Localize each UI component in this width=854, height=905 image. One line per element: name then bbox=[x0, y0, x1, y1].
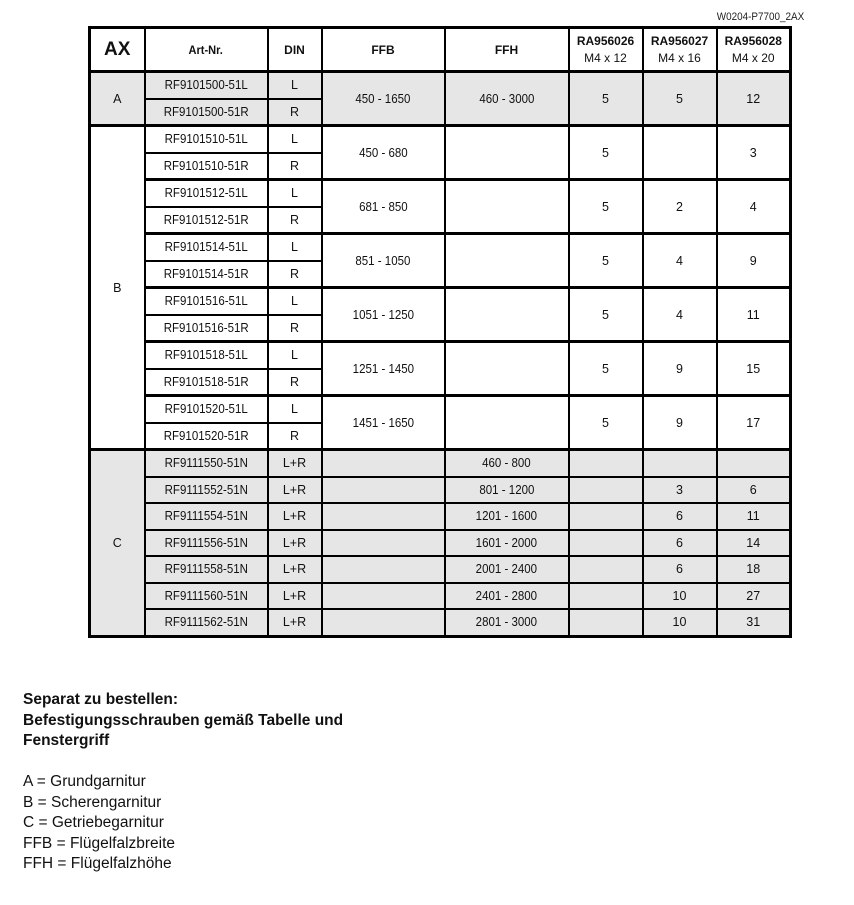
ra956028-qty: 18 bbox=[717, 556, 791, 583]
ra956027-qty: 10 bbox=[643, 583, 717, 610]
table-row: RF9111560-51NL+R2401 - 28001027 bbox=[90, 583, 791, 610]
ffb-cell: 450 - 680 bbox=[322, 126, 445, 180]
table-row: RF9111556-51NL+R1601 - 2000614 bbox=[90, 530, 791, 557]
din-cell: L+R bbox=[268, 450, 322, 477]
ra956026-qty: 5 bbox=[569, 180, 643, 234]
table-row: RF9111562-51NL+R2801 - 30001031 bbox=[90, 609, 791, 636]
ffb-cell bbox=[322, 450, 445, 477]
ra956026-qty: 5 bbox=[569, 126, 643, 180]
art-nr-cell: RF9101518-51R bbox=[145, 369, 268, 396]
din-cell: L bbox=[268, 180, 322, 207]
group-a: A RF9101500-51L L 450 - 1650 460 - 3000 … bbox=[90, 72, 791, 126]
table-row: RF9111552-51NL+R801 - 120036 bbox=[90, 477, 791, 504]
ra956027-qty: 2 bbox=[643, 180, 717, 234]
ra956026-qty bbox=[569, 530, 643, 557]
art-nr-cell: RF9101514-51L bbox=[145, 234, 268, 261]
art-nr-cell: RF9101500-51R bbox=[145, 99, 268, 126]
table-row: RF9111554-51NL+R1201 - 1600611 bbox=[90, 503, 791, 530]
ra956026-qty bbox=[569, 477, 643, 504]
header-ra956028: RA956028M4 x 20 bbox=[717, 28, 791, 72]
art-nr-cell: RF9101514-51R bbox=[145, 261, 268, 288]
ra956027-qty bbox=[643, 126, 717, 180]
ra956026-qty bbox=[569, 503, 643, 530]
ffb-cell bbox=[322, 503, 445, 530]
ra956028-qty: 9 bbox=[717, 234, 791, 288]
ra956026-qty: 5 bbox=[569, 288, 643, 342]
ffb-cell: 1051 - 1250 bbox=[322, 288, 445, 342]
art-nr-cell: RF9101516-51R bbox=[145, 315, 268, 342]
ffb-cell: 1451 - 1650 bbox=[322, 396, 445, 450]
ra956027-qty bbox=[643, 450, 717, 477]
din-cell: L+R bbox=[268, 503, 322, 530]
table-row: A RF9101500-51L L 450 - 1650 460 - 3000 … bbox=[90, 72, 791, 99]
din-cell: L bbox=[268, 288, 322, 315]
group-c: CRF9111550-51NL+R460 - 800RF9111552-51NL… bbox=[90, 450, 791, 637]
ffh-cell: 801 - 1200 bbox=[445, 477, 569, 504]
ffb-cell bbox=[322, 477, 445, 504]
header-art-nr: Art-Nr. bbox=[145, 28, 268, 72]
ffb-cell: 450 - 1650 bbox=[322, 72, 445, 126]
ffh-cell bbox=[445, 126, 569, 180]
ffh-cell: 2001 - 2400 bbox=[445, 556, 569, 583]
ra956028-qty: 11 bbox=[717, 288, 791, 342]
ffh-cell bbox=[445, 342, 569, 396]
ra956027-qty: 9 bbox=[643, 342, 717, 396]
art-nr-cell: RF9101500-51L bbox=[145, 72, 268, 99]
ra956027-qty: 9 bbox=[643, 396, 717, 450]
ra956027-qty: 6 bbox=[643, 530, 717, 557]
legend-item: B = Scherengarnitur bbox=[23, 793, 343, 814]
din-cell: R bbox=[268, 99, 322, 126]
ra956027-qty: 6 bbox=[643, 556, 717, 583]
din-cell: L bbox=[268, 234, 322, 261]
ra956028-qty: 11 bbox=[717, 503, 791, 530]
din-cell: L bbox=[268, 72, 322, 99]
din-cell: R bbox=[268, 261, 322, 288]
ffb-cell bbox=[322, 583, 445, 610]
din-cell: R bbox=[268, 207, 322, 234]
din-cell: R bbox=[268, 423, 322, 450]
din-cell: L bbox=[268, 342, 322, 369]
legend-item: A = Grundgarnitur bbox=[23, 772, 343, 793]
table-row: RF9101514-51LL851 - 1050549 bbox=[90, 234, 791, 261]
art-nr-cell: RF9101510-51R bbox=[145, 153, 268, 180]
ra956028-qty: 31 bbox=[717, 609, 791, 636]
ra956026-qty bbox=[569, 450, 643, 477]
ra956028-qty: 17 bbox=[717, 396, 791, 450]
ffh-cell: 2401 - 2800 bbox=[445, 583, 569, 610]
ffh-cell: 460 - 800 bbox=[445, 450, 569, 477]
table-row: BRF9101510-51LL450 - 68053 bbox=[90, 126, 791, 153]
art-nr-cell: RF9101512-51R bbox=[145, 207, 268, 234]
ffh-cell: 1201 - 1600 bbox=[445, 503, 569, 530]
din-cell: L bbox=[268, 396, 322, 423]
ra956026-qty: 5 bbox=[569, 396, 643, 450]
table-row: RF9101520-51LL1451 - 16505917 bbox=[90, 396, 791, 423]
ffh-cell bbox=[445, 180, 569, 234]
order-note: Separat zu bestellen: Befestigungsschrau… bbox=[23, 690, 343, 752]
ra956028-qty: 6 bbox=[717, 477, 791, 504]
art-nr-cell: RF9111562-51N bbox=[145, 609, 268, 636]
group-label: B bbox=[90, 126, 145, 450]
table-row: RF9101512-51LL681 - 850524 bbox=[90, 180, 791, 207]
din-cell: R bbox=[268, 315, 322, 342]
table-row: RF9101518-51LL1251 - 14505915 bbox=[90, 342, 791, 369]
ra956027-qty: 3 bbox=[643, 477, 717, 504]
table-row: RF9101516-51LL1051 - 12505411 bbox=[90, 288, 791, 315]
din-cell: L+R bbox=[268, 530, 322, 557]
legend-item: C = Getriebegarnitur bbox=[23, 813, 343, 834]
header-row: AX Art-Nr. DIN FFB FFH RA956026M4 x 12 R… bbox=[90, 28, 791, 72]
ra956028-qty: 3 bbox=[717, 126, 791, 180]
din-cell: R bbox=[268, 369, 322, 396]
ffb-cell: 851 - 1050 bbox=[322, 234, 445, 288]
ffh-cell bbox=[445, 234, 569, 288]
ra956026-qty: 5 bbox=[569, 342, 643, 396]
art-nr-cell: RF9101516-51L bbox=[145, 288, 268, 315]
art-nr-cell: RF9111552-51N bbox=[145, 477, 268, 504]
art-nr-cell: RF9111550-51N bbox=[145, 450, 268, 477]
table-row: RF9111558-51NL+R2001 - 2400618 bbox=[90, 556, 791, 583]
header-ax: AX bbox=[90, 28, 145, 72]
din-cell: R bbox=[268, 153, 322, 180]
din-cell: L+R bbox=[268, 556, 322, 583]
din-cell: L+R bbox=[268, 609, 322, 636]
ra956026-qty: 5 bbox=[569, 72, 643, 126]
ffb-cell bbox=[322, 530, 445, 557]
ra956026-qty bbox=[569, 609, 643, 636]
ra956026-qty bbox=[569, 583, 643, 610]
ffh-cell: 460 - 3000 bbox=[445, 72, 569, 126]
ffh-cell: 2801 - 3000 bbox=[445, 609, 569, 636]
ra956028-qty: 27 bbox=[717, 583, 791, 610]
art-nr-cell: RF9111558-51N bbox=[145, 556, 268, 583]
art-nr-cell: RF9101512-51L bbox=[145, 180, 268, 207]
ffh-cell bbox=[445, 396, 569, 450]
ra956027-qty: 5 bbox=[643, 72, 717, 126]
ra956027-qty: 10 bbox=[643, 609, 717, 636]
art-nr-cell: RF9101510-51L bbox=[145, 126, 268, 153]
art-nr-cell: RF9101520-51R bbox=[145, 423, 268, 450]
ra956028-qty: 4 bbox=[717, 180, 791, 234]
ffh-cell: 1601 - 2000 bbox=[445, 530, 569, 557]
legend-item: FFH = Flügelfalzhöhe bbox=[23, 854, 343, 875]
din-cell: L+R bbox=[268, 477, 322, 504]
header-ffb: FFB bbox=[322, 28, 445, 72]
header-ra956026: RA956026M4 x 12 bbox=[569, 28, 643, 72]
art-nr-cell: RF9101518-51L bbox=[145, 342, 268, 369]
ffb-cell bbox=[322, 556, 445, 583]
art-nr-cell: RF9101520-51L bbox=[145, 396, 268, 423]
ffb-cell: 1251 - 1450 bbox=[322, 342, 445, 396]
art-nr-cell: RF9111556-51N bbox=[145, 530, 268, 557]
ffb-cell bbox=[322, 609, 445, 636]
ffb-cell: 681 - 850 bbox=[322, 180, 445, 234]
header-ffh: FFH bbox=[445, 28, 569, 72]
ra956028-qty: 15 bbox=[717, 342, 791, 396]
din-cell: L bbox=[268, 126, 322, 153]
din-cell: L+R bbox=[268, 583, 322, 610]
group-b: BRF9101510-51LL450 - 68053RF9101510-51RR… bbox=[90, 126, 791, 450]
ra956026-qty bbox=[569, 556, 643, 583]
table-row: CRF9111550-51NL+R460 - 800 bbox=[90, 450, 791, 477]
ra956028-qty bbox=[717, 450, 791, 477]
group-label: A bbox=[90, 72, 145, 126]
notes: Separat zu bestellen: Befestigungsschrau… bbox=[23, 690, 343, 875]
legend-item: FFB = Flügelfalzbreite bbox=[23, 834, 343, 855]
header-din: DIN bbox=[268, 28, 322, 72]
art-nr-cell: RF9111554-51N bbox=[145, 503, 268, 530]
ffh-cell bbox=[445, 288, 569, 342]
ra956027-qty: 4 bbox=[643, 288, 717, 342]
ra956028-qty: 12 bbox=[717, 72, 791, 126]
group-label: C bbox=[90, 450, 145, 637]
ra956028-qty: 14 bbox=[717, 530, 791, 557]
abbreviation-legend: A = Grundgarnitur B = Scherengarnitur C … bbox=[23, 772, 343, 875]
fitting-table: AX Art-Nr. DIN FFB FFH RA956026M4 x 12 R… bbox=[88, 26, 792, 638]
ra956026-qty: 5 bbox=[569, 234, 643, 288]
document-reference: W0204-P7700_2AX bbox=[716, 11, 804, 23]
ra956027-qty: 6 bbox=[643, 503, 717, 530]
ra956027-qty: 4 bbox=[643, 234, 717, 288]
header-ra956027: RA956027M4 x 16 bbox=[643, 28, 717, 72]
art-nr-cell: RF9111560-51N bbox=[145, 583, 268, 610]
